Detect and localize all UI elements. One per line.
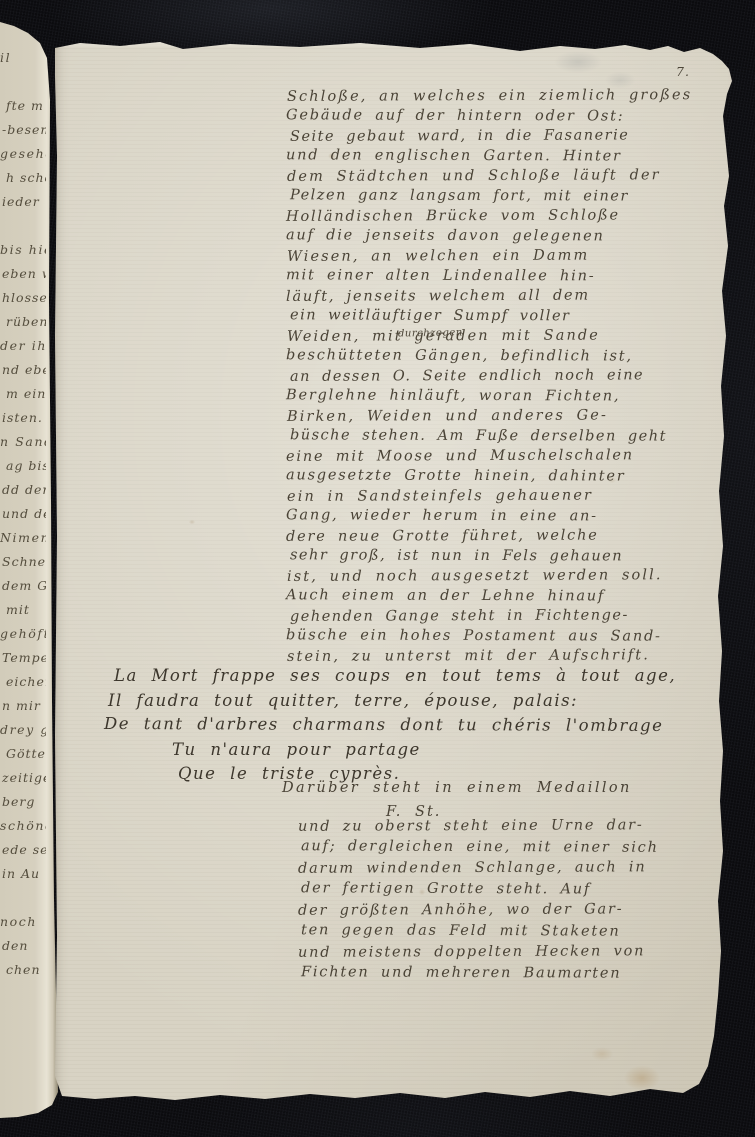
folio-page-number: 7. — [676, 64, 690, 79]
manuscript-line: sehr groß, ist nun in Fels gehauen — [290, 545, 692, 566]
manuscript-line: Pelzen ganz langsam fort, mit einer — [290, 185, 692, 206]
manuscript-line: gehenden Gange steht in Fichtenge- — [290, 605, 692, 627]
previous-page-text-fragment — [0, 214, 46, 238]
previous-page-text-fragment: bis hie — [0, 238, 46, 262]
previous-page-text-fragments: ilfte m-besengesehenh scheiederbis hieeb… — [0, 46, 46, 982]
german-text-block-1: Schloße, an welches ein ziemlich großesG… — [286, 86, 692, 666]
previous-page-text-fragment: isten. — [0, 406, 46, 430]
previous-page-text-fragment: dd der — [0, 478, 46, 502]
previous-page-text-fragment: -besen — [0, 118, 46, 142]
poem-line: Tu n'aura pour partage — [172, 738, 676, 763]
manuscript-page: 7. Schloße, an welches ein ziemlich groß… — [50, 36, 740, 1122]
manuscript-line: Berglehne hinläuft, woran Fichten, — [286, 385, 692, 406]
previous-page-text-fragment: Nimend — [0, 526, 46, 550]
manuscript-line: beschütteten Gängen, befindlich ist, — [286, 345, 692, 366]
manuscript-line: darum windenden Schlange, auch in — [298, 857, 659, 880]
manuscript-line: auf die jenseits davon gelegenen — [286, 225, 692, 246]
previous-page-text-fragment: drey ge — [0, 718, 46, 742]
previous-page-text-fragment: noch — [0, 910, 46, 934]
manuscript-line: Gebäude auf der hintern oder Ost: — [286, 105, 692, 126]
manuscript-line: dere neue Grotte führet, welche — [286, 525, 692, 547]
previous-page-text-fragment: h sche — [0, 166, 46, 190]
previous-page-text-fragment: eichen — [0, 670, 46, 694]
manuscript-line: büsche stehen. Am Fuße derselben geht — [290, 425, 692, 446]
manuscript-line: Wiesen, an welchen ein Damm — [287, 245, 692, 267]
previous-page-text-fragment: gehöfte — [0, 622, 46, 646]
manuscript-line: Darüber steht in einem Medaillon — [282, 776, 632, 800]
previous-page-text-fragment: berg — [0, 790, 46, 814]
interlinear-insertion: durchzogen — [398, 327, 463, 339]
poem-line: Il faudra tout quitter, terre, épouse, p… — [108, 689, 676, 714]
manuscript-line: und zu oberst steht eine Urne dar- — [298, 815, 659, 838]
manuscript-line: eine mit Moose und Muschelschalen — [286, 445, 692, 467]
previous-page-edge: ilfte m-besengesehenh scheiederbis hieeb… — [0, 0, 60, 1137]
previous-page-text-fragment: fte m — [0, 94, 46, 118]
previous-page-text-fragment: der ihn — [0, 334, 46, 358]
manuscript-line: ein weitläuftiger Sumpf voller — [290, 305, 692, 326]
manuscript-line: und den englischen Garten. Hinter — [286, 145, 692, 166]
manuscript-line: Birken, Weiden und anderes Ge- — [287, 405, 692, 427]
previous-page-text-fragment: n Sand — [0, 430, 46, 454]
previous-page-text-fragment: den — [0, 934, 46, 958]
previous-page-text-fragment: in Au — [0, 862, 46, 886]
manuscript-line: an dessen O. Seite endlich noch eine — [290, 365, 692, 387]
manuscript-line: dem Städtchen und Schloße läuft der — [287, 165, 692, 187]
manuscript-line: Seite gebaut ward, in die Fasanerie — [290, 125, 692, 147]
manuscript-line: Schloße, an welches ein ziemlich großes — [287, 85, 692, 107]
previous-page-text-fragment: rüben — [0, 310, 46, 334]
previous-page-text-fragment: ag bis — [0, 454, 46, 478]
german-text-block-2: und zu oberst steht eine Urne dar-auf; d… — [298, 816, 659, 984]
previous-page-text-fragment: Göttech — [0, 742, 46, 766]
previous-page-text-fragment: n mir — [0, 694, 46, 718]
previous-page-text-fragment: m ein — [0, 382, 46, 406]
previous-page-text-fragment: und den — [0, 502, 46, 526]
previous-page-text-fragment: dem Ge — [0, 574, 46, 598]
previous-page-text-fragment: nd eben — [0, 358, 46, 382]
poem-line: La Mort frappe ses coups en tout tems à … — [114, 664, 676, 689]
manuscript-line: ein in Sandsteinfels gehauener — [287, 485, 692, 507]
manuscript-line: und meistens doppelten Hecken von — [298, 941, 659, 964]
manuscript-line: ten gegen das Feld mit Staketen — [301, 920, 659, 943]
previous-page-text-fragment: gesehen — [0, 142, 46, 166]
manuscript-line: büsche ein hohes Postament aus Sand- — [286, 625, 692, 646]
scan-background: ilfte m-besengesehenh scheiederbis hieeb… — [0, 0, 755, 1137]
previous-page-text-fragment: il — [0, 46, 46, 70]
french-verse-block: La Mort frappe ses coups en tout tems à … — [114, 664, 676, 787]
previous-page-text-fragment — [0, 886, 46, 910]
previous-page-text-fragment: hlossen — [0, 286, 46, 310]
manuscript-line: Gang, wieder herum in eine an- — [286, 505, 692, 526]
manuscript-line: Fichten und mehreren Baumarten — [301, 962, 659, 985]
poem-line: De tant d'arbres charmans dont tu chéris… — [104, 712, 676, 738]
manuscript-line: mit einer alten Lindenallee hin- — [286, 265, 692, 286]
previous-page-text-fragment: Tempel — [0, 646, 46, 670]
previous-page-text-fragment: Schnee- — [0, 550, 46, 574]
previous-page-text-fragment: zeitigen — [0, 766, 46, 790]
previous-page-text-fragment: chen — [0, 958, 46, 982]
previous-page-text-fragment — [0, 70, 46, 94]
previous-page-text-fragment: ede sei — [0, 838, 46, 862]
previous-page-text-fragment: schönen — [0, 814, 46, 838]
manuscript-line: Weiden, mit geraden mit Sande — [287, 325, 692, 347]
manuscript-line: auf; dergleichen eine, mit einer sich — [301, 836, 659, 859]
manuscript-line: der größten Anhöhe, wo der Gar- — [298, 899, 659, 922]
manuscript-line: der fertigen Grotte steht. Auf — [301, 878, 659, 901]
previous-page-text-fragment: eben w. — [0, 262, 46, 286]
manuscript-line: Auch einem an der Lehne hinauf — [286, 585, 692, 606]
manuscript-line: ausgesetzte Grotte hinein, dahinter — [286, 465, 692, 486]
previous-page-text-fragment: mit — [0, 598, 46, 622]
previous-page-text-fragment: ieder — [0, 190, 46, 214]
manuscript-line: Holländischen Brücke vom Schloße — [286, 205, 692, 227]
manuscript-line: ist, und noch ausgesetzt werden soll. — [287, 565, 692, 587]
manuscript-line: läuft, jenseits welchem all dem — [286, 285, 692, 307]
